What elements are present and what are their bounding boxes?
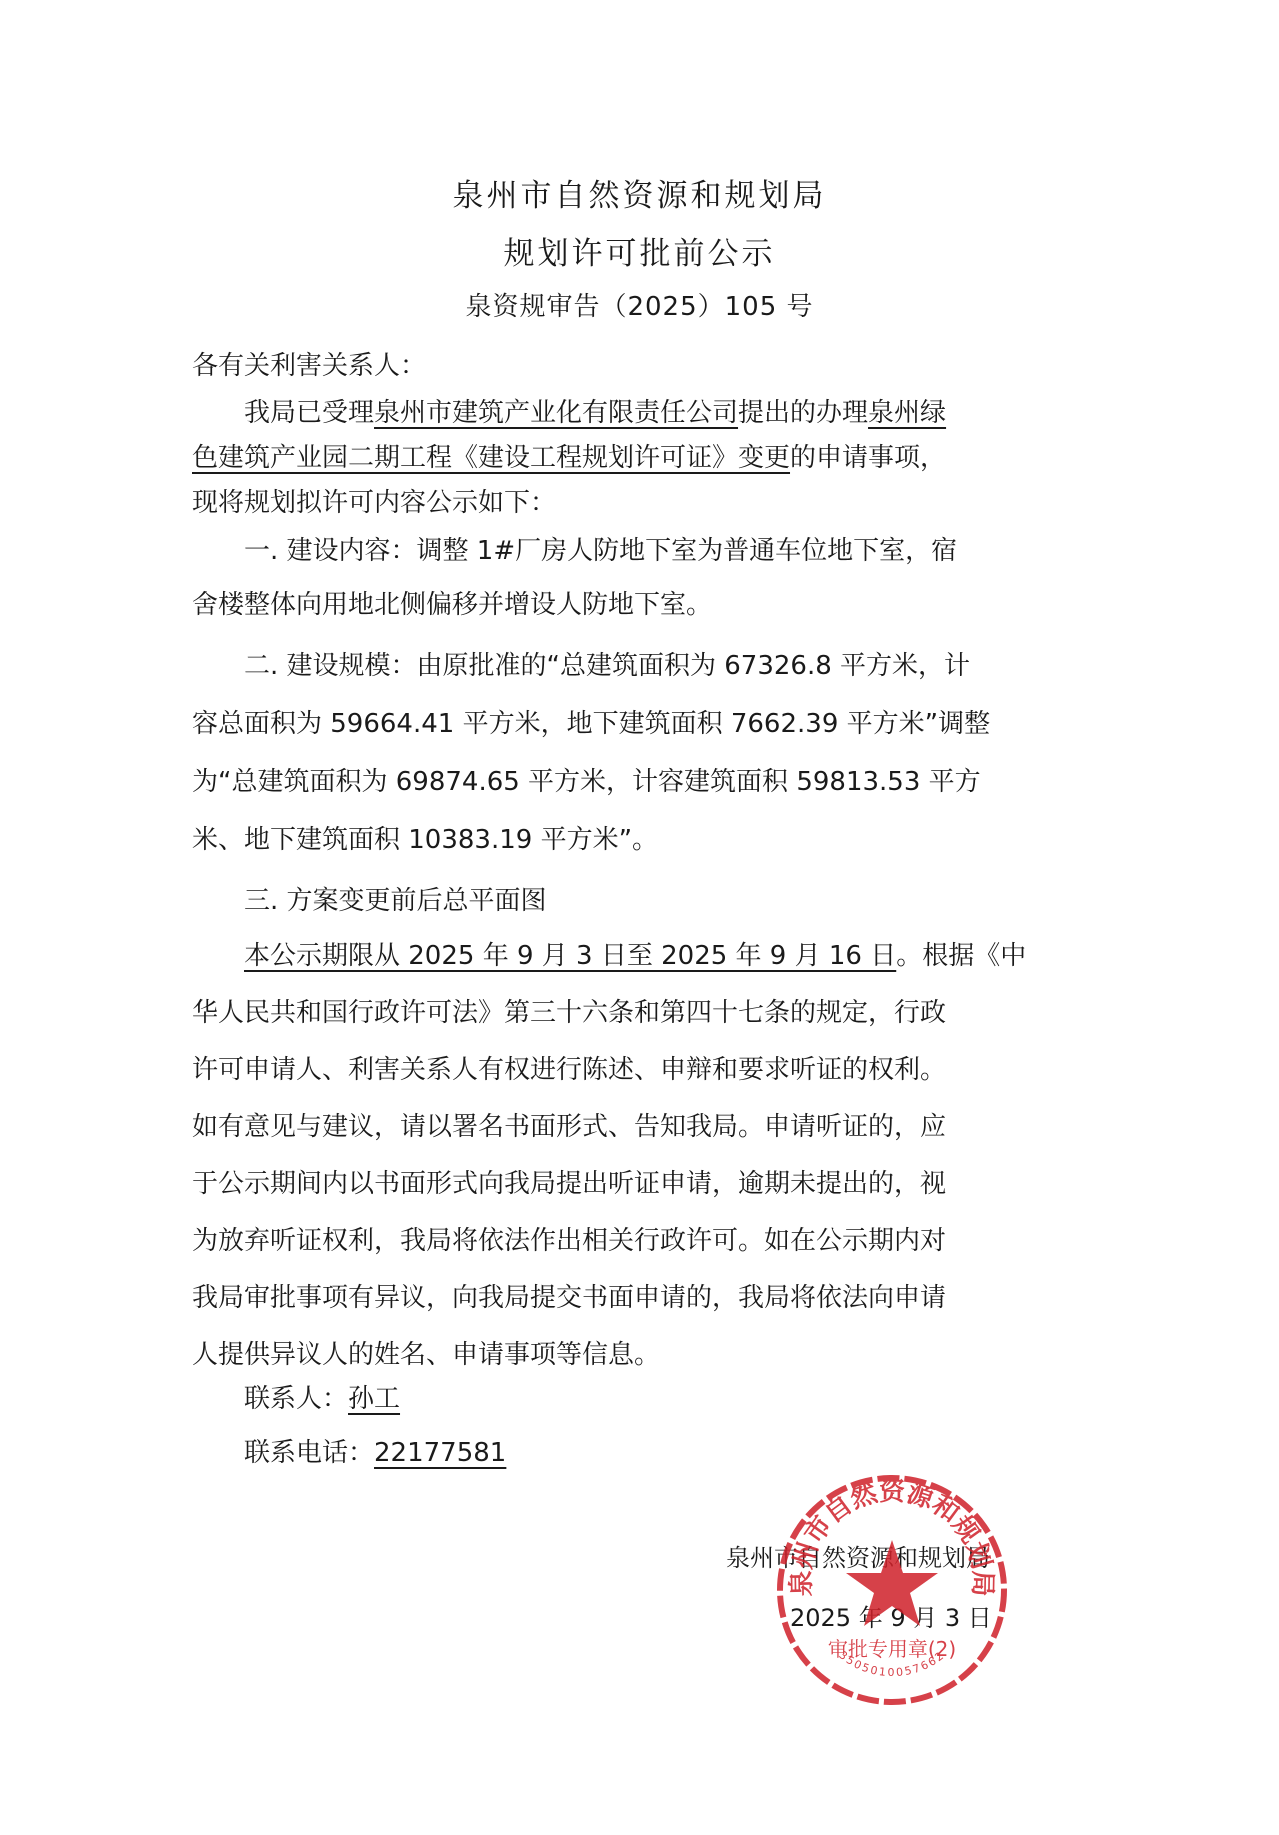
notice-line-2: 华人民共和国行政许可法》第三十六条和第四十七条的规定，行政 xyxy=(192,992,946,1029)
section2-line-1: 二. 建设规模：由原批准的“总建筑面积为 67326.8 平方米，计 xyxy=(244,645,970,682)
contact-person-label: 联系人： xyxy=(244,1384,348,1414)
intro-text: 的申请事项， xyxy=(790,443,946,473)
section1-line-2: 舍楼整体向用地北侧偏移并增设人防地下室。 xyxy=(192,584,712,621)
applicant-name: 泉州市建筑产业化有限责任公司 xyxy=(374,398,738,428)
intro-text: 提出的办理 xyxy=(738,398,868,428)
notice-line-8: 人提供异议人的姓名、申请事项等信息。 xyxy=(192,1334,660,1371)
contact-phone-value: 22177581 xyxy=(374,1438,506,1468)
intro-text: 我局已受理 xyxy=(244,398,374,428)
notice-line-7: 我局审批事项有异议，向我局提交书面申请的，我局将依法向申请 xyxy=(192,1277,946,1314)
official-seal-icon: 泉州市自然资源和规划局 审批专用章(2) 3505010057662 xyxy=(772,1470,1012,1710)
notice-line-6: 为放弃听证权利，我局将依法作出相关行政许可。如在公示期内对 xyxy=(192,1220,946,1257)
section3-line-1: 三. 方案变更前后总平面图 xyxy=(244,880,547,917)
document-page: 泉州市自然资源和规划局 规划许可批前公示 泉资规审告（2025）105 号 各有… xyxy=(0,0,1279,1835)
notice-line-4: 如有意见与建议，请以署名书面形式、告知我局。申请听证的，应 xyxy=(192,1106,946,1143)
intro-line-3: 现将规划拟许可内容公示如下： xyxy=(192,482,556,519)
section2-line-4: 米、地下建筑面积 10383.19 平方米”。 xyxy=(192,819,658,856)
section1-line-1: 一. 建设内容：调整 1#厂房人防地下室为普通车位地下室，宿 xyxy=(244,530,957,567)
contact-person: 联系人：孙工 xyxy=(244,1378,400,1415)
notice-line-3: 许可申请人、利害关系人有权进行陈述、申辩和要求听证的权利。 xyxy=(192,1049,946,1086)
contact-person-value: 孙工 xyxy=(348,1384,400,1414)
agency-title: 泉州市自然资源和规划局 xyxy=(0,170,1279,215)
notice-text: 。根据《中 xyxy=(896,941,1026,971)
intro-line-1: 我局已受理泉州市建筑产业化有限责任公司提出的办理泉州绿 xyxy=(244,392,946,429)
notice-line-5: 于公示期间内以书面形式向我局提出听证申请，逾期未提出的，视 xyxy=(192,1163,946,1200)
project-name-part1: 泉州绿 xyxy=(868,398,946,428)
salutation: 各有关利害关系人： xyxy=(192,345,426,382)
notice-line-1: 本公示期限从 2025 年 9 月 3 日至 2025 年 9 月 16 日。根… xyxy=(244,935,1026,972)
intro-line-2: 色建筑产业园二期工程《建设工程规划许可证》变更的申请事项， xyxy=(192,437,946,474)
notice-period: 本公示期限从 2025 年 9 月 3 日至 2025 年 9 月 16 日 xyxy=(244,941,896,971)
section2-line-2: 容总面积为 59664.41 平方米，地下建筑面积 7662.39 平方米”调整 xyxy=(192,703,990,740)
document-number: 泉资规审告（2025）105 号 xyxy=(0,286,1279,323)
contact-phone-label: 联系电话： xyxy=(244,1438,374,1468)
notice-title: 规划许可批前公示 xyxy=(0,228,1279,273)
section2-line-3: 为“总建筑面积为 69874.65 平方米，计容建筑面积 59813.53 平方 xyxy=(192,761,981,798)
project-name-part2: 色建筑产业园二期工程《建设工程规划许可证》变更 xyxy=(192,443,790,473)
contact-phone: 联系电话：22177581 xyxy=(244,1432,506,1469)
